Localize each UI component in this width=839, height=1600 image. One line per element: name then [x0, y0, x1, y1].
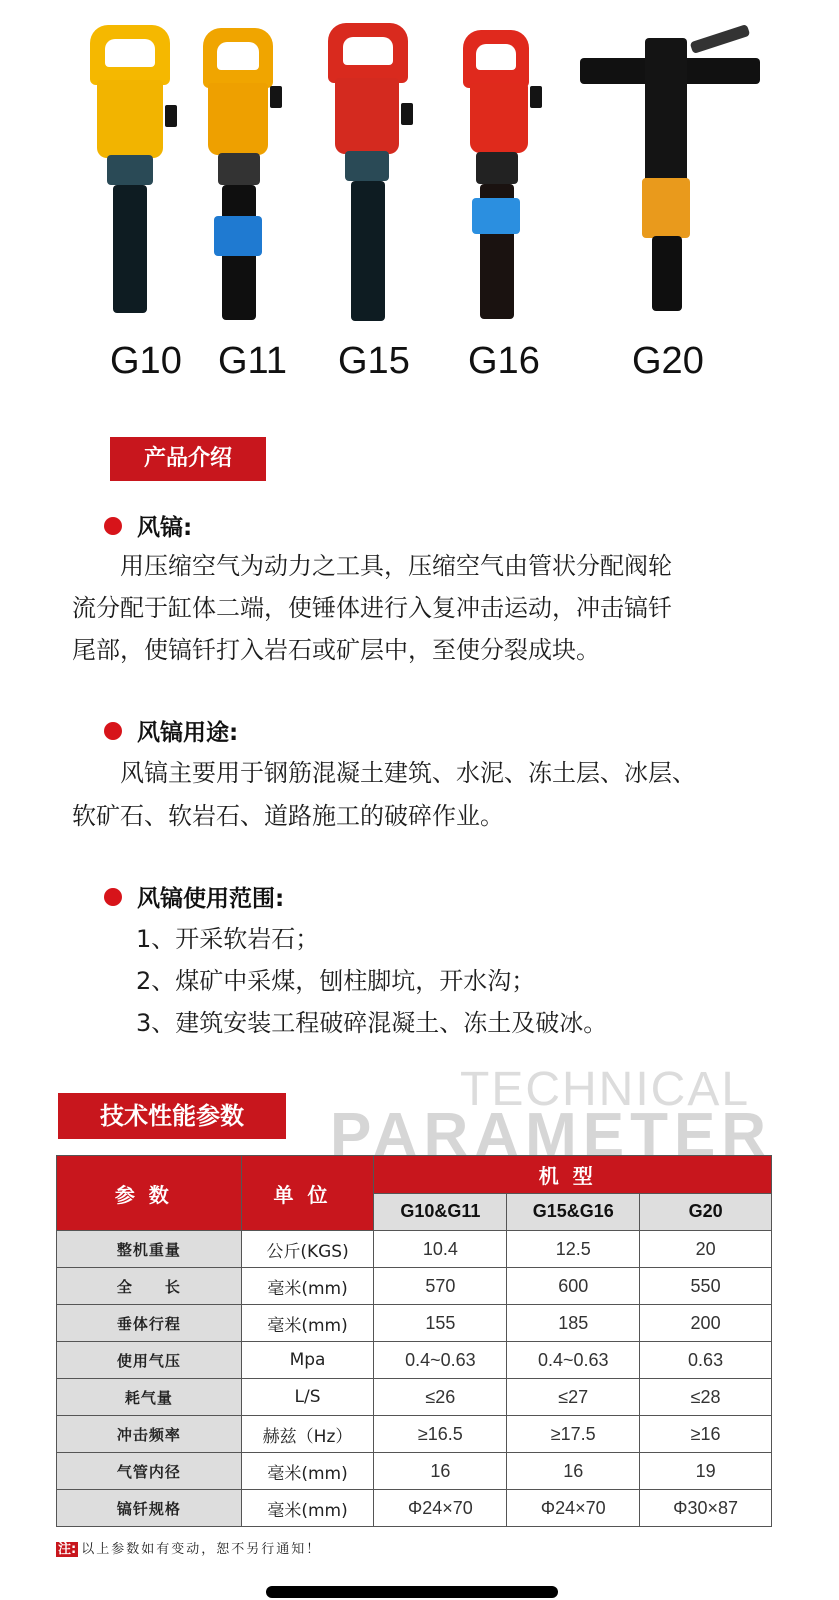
table-row: 垂体行程 毫米(mm) 155 185 200 — [57, 1305, 772, 1342]
product-image-g20 — [570, 28, 760, 318]
bullet-icon — [104, 888, 122, 906]
footnote: 注:以上参数如有变动，恕不另行通知！ — [56, 1538, 321, 1557]
section-line: 2、煤矿中采煤，刨柱脚坑，开水沟； — [136, 960, 535, 1002]
table-row: 耗气量 L/S ≤26 ≤27 ≤28 — [57, 1379, 772, 1416]
table-row: 使用气压 Mpa 0.4~0.63 0.4~0.63 0.63 — [57, 1342, 772, 1379]
section-title-pick: 风镐: — [137, 509, 192, 542]
model-label-g10: G10 — [110, 340, 182, 383]
section-line: 1、开采软岩石； — [136, 918, 319, 960]
intro-badge: 产品介绍 — [110, 437, 266, 481]
product-image-g16 — [460, 30, 560, 325]
table-row: 整机重量 公斤(KGS) 10.4 12.5 20 — [57, 1231, 772, 1268]
product-image-g10 — [85, 25, 185, 320]
model-label-g20: G20 — [632, 340, 704, 383]
header-model-group: 机型 — [374, 1156, 772, 1194]
header-param: 参数 — [57, 1156, 242, 1231]
table-row: 镐钎规格 毫米(mm) Φ24×70 Φ24×70 Φ30×87 — [57, 1490, 772, 1527]
header-model: G15&G16 — [507, 1193, 640, 1231]
table-row: 气管内径 毫米(mm) 16 16 19 — [57, 1453, 772, 1490]
section-line: 尾部，使镐钎打入岩石或矿层中，至使分裂成块。 — [72, 629, 600, 671]
bullet-icon — [104, 722, 122, 740]
home-indicator[interactable] — [266, 1586, 558, 1598]
section-line: 3、建筑安装工程破碎混凝土、冻土及破冰。 — [136, 1002, 607, 1044]
section-title-scope: 风镐使用范围: — [137, 880, 284, 913]
specs-badge: 技术性能参数 — [58, 1093, 286, 1139]
note-tag: 注: — [56, 1542, 78, 1557]
header-unit: 单位 — [241, 1156, 374, 1231]
section-title-uses: 风镐用途: — [137, 714, 238, 747]
table-row: 全 长 毫米(mm) 570 600 550 — [57, 1268, 772, 1305]
bullet-icon — [104, 517, 122, 535]
section-line: 用压缩空气为动力之工具，压缩空气由管状分配阀轮 — [72, 545, 672, 587]
header-model: G10&G11 — [374, 1193, 507, 1231]
spec-table: 参数 单位 机型 G10&G11 G15&G16 G20 整机重量 公斤(KGS… — [56, 1155, 772, 1527]
section-line: 软矿石、软岩石、道路施工的破碎作业。 — [72, 795, 504, 837]
model-label-g16: G16 — [468, 340, 540, 383]
model-label-g15: G15 — [338, 340, 410, 383]
section-line: 流分配于缸体二端，使锤体进行入复冲击运动，冲击镐钎 — [72, 587, 672, 629]
section-line: 风镐主要用于钢筋混凝土建筑、水泥、冻土层、冰层、 — [72, 752, 696, 794]
header-model: G20 — [640, 1193, 772, 1231]
product-image-g15 — [325, 23, 425, 323]
table-row: 冲击频率 赫兹（Hz） ≥16.5 ≥17.5 ≥16 — [57, 1416, 772, 1453]
note-text: 以上参数如有变动，恕不另行通知！ — [81, 1542, 321, 1557]
product-image-g11 — [200, 28, 300, 323]
model-label-g11: G11 — [218, 340, 287, 383]
